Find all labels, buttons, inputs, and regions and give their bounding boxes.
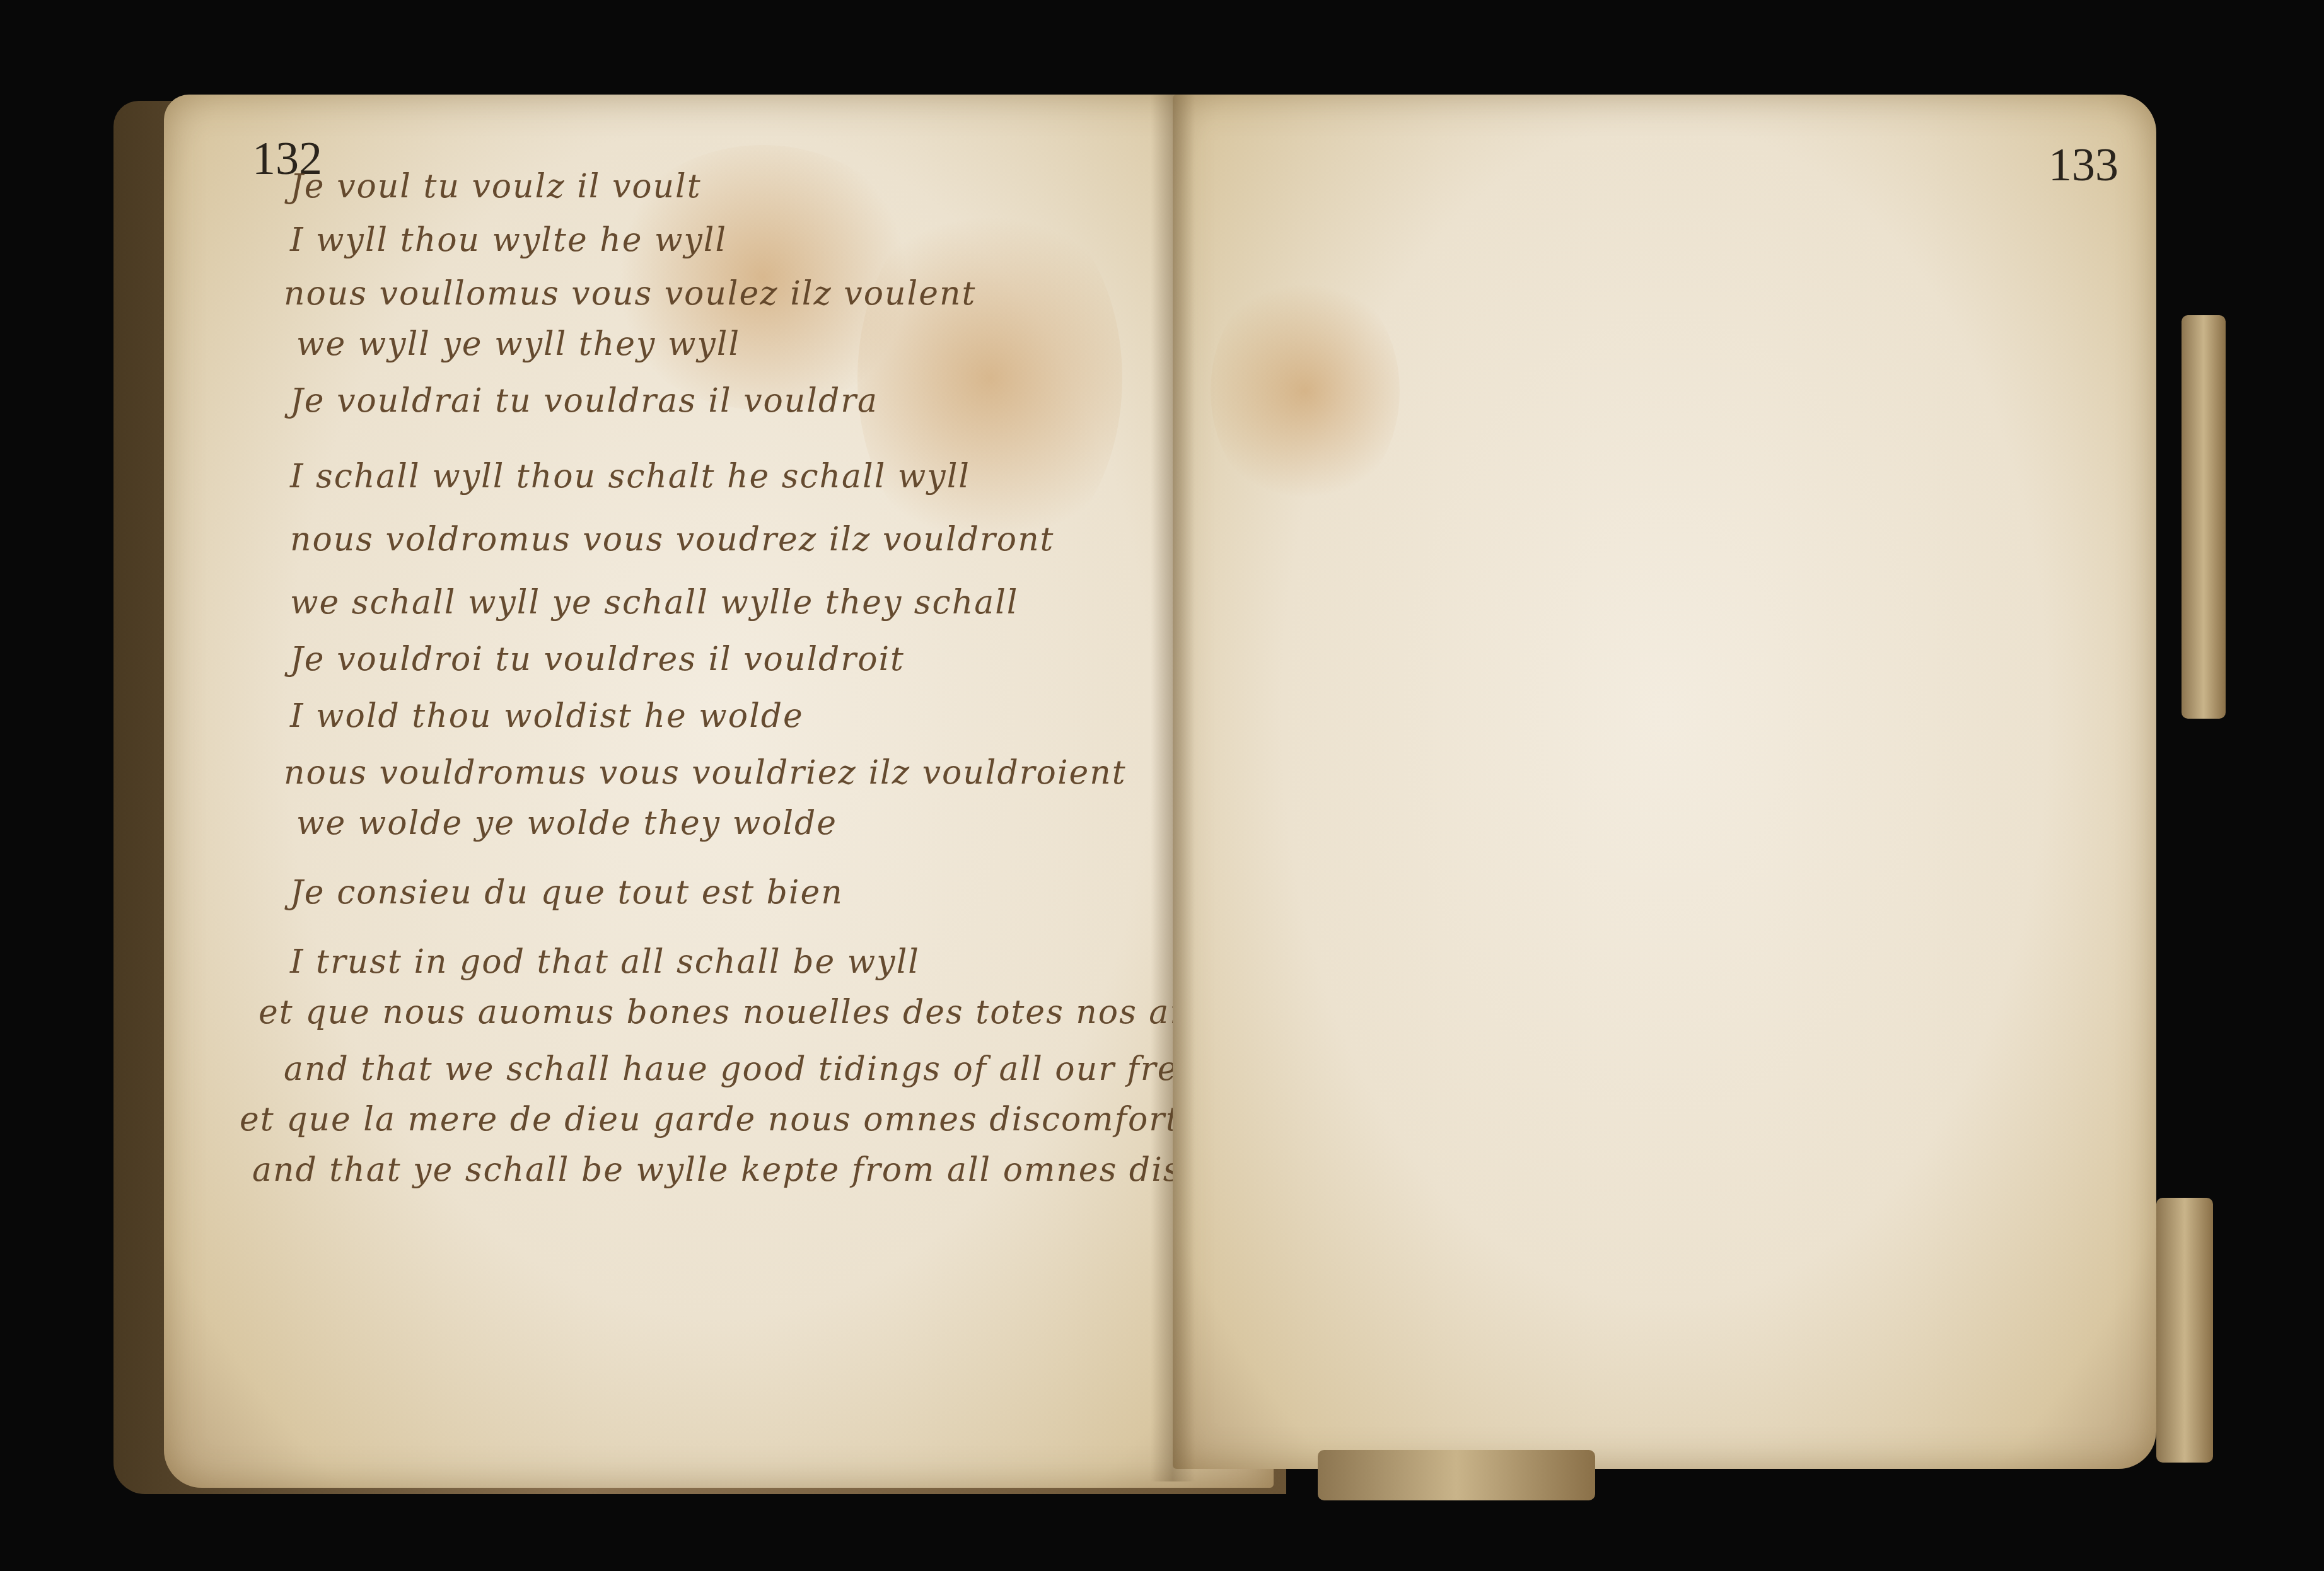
text-line: I wyll thou wylte he wyll bbox=[290, 224, 727, 257]
torn-page-fragment bbox=[1318, 1450, 1595, 1500]
text-line: I trust in god that all schall be wyll bbox=[290, 946, 920, 978]
text-line: nous voldromus vous voudrez ilz vouldron… bbox=[290, 523, 1055, 556]
open-manuscript: 132 Je voul tu voulz il voult I wyll tho… bbox=[107, 76, 2276, 1519]
text-line: Je vouldrai tu vouldras il vouldra bbox=[290, 385, 878, 417]
gutter bbox=[1151, 95, 1195, 1481]
text-line: nous voullomus vous voulez ilz voulent bbox=[284, 277, 976, 310]
text-line: Je consieu du que tout est bien bbox=[290, 876, 844, 909]
right-page: 133 bbox=[1173, 95, 2156, 1469]
text-line: and that we schall haue good tidings of … bbox=[284, 1053, 1262, 1086]
text-line: Je vouldroi tu vouldres il vouldroit bbox=[290, 643, 905, 676]
text-line: we wyll ye wyll they wyll bbox=[296, 328, 740, 361]
text-line: we wolde ye wolde they wolde bbox=[296, 807, 837, 840]
torn-page-fragment bbox=[2182, 315, 2226, 719]
text-line: et que nous auomus bones nouelles des to… bbox=[259, 996, 1240, 1029]
water-stain bbox=[857, 189, 1122, 567]
left-page: 132 Je voul tu voulz il voult I wyll tho… bbox=[164, 95, 1274, 1488]
text-line: we schall wyll ye schall wylle they scha… bbox=[290, 586, 1018, 619]
text-line: et que la mere de dieu garde nous omnes … bbox=[240, 1103, 1219, 1136]
text-line: nous vouldromus vous vouldriez ilz vould… bbox=[284, 757, 1127, 789]
text-line: I wold thou woldist he wolde bbox=[290, 700, 804, 733]
torn-page-fragment bbox=[2156, 1198, 2213, 1463]
folio-number: 133 bbox=[2048, 139, 2118, 192]
water-stain bbox=[1211, 271, 1400, 511]
text-line: I schall wyll thou schalt he schall wyll bbox=[290, 460, 970, 493]
text-line: Je voul tu voulz il voult bbox=[290, 170, 702, 203]
